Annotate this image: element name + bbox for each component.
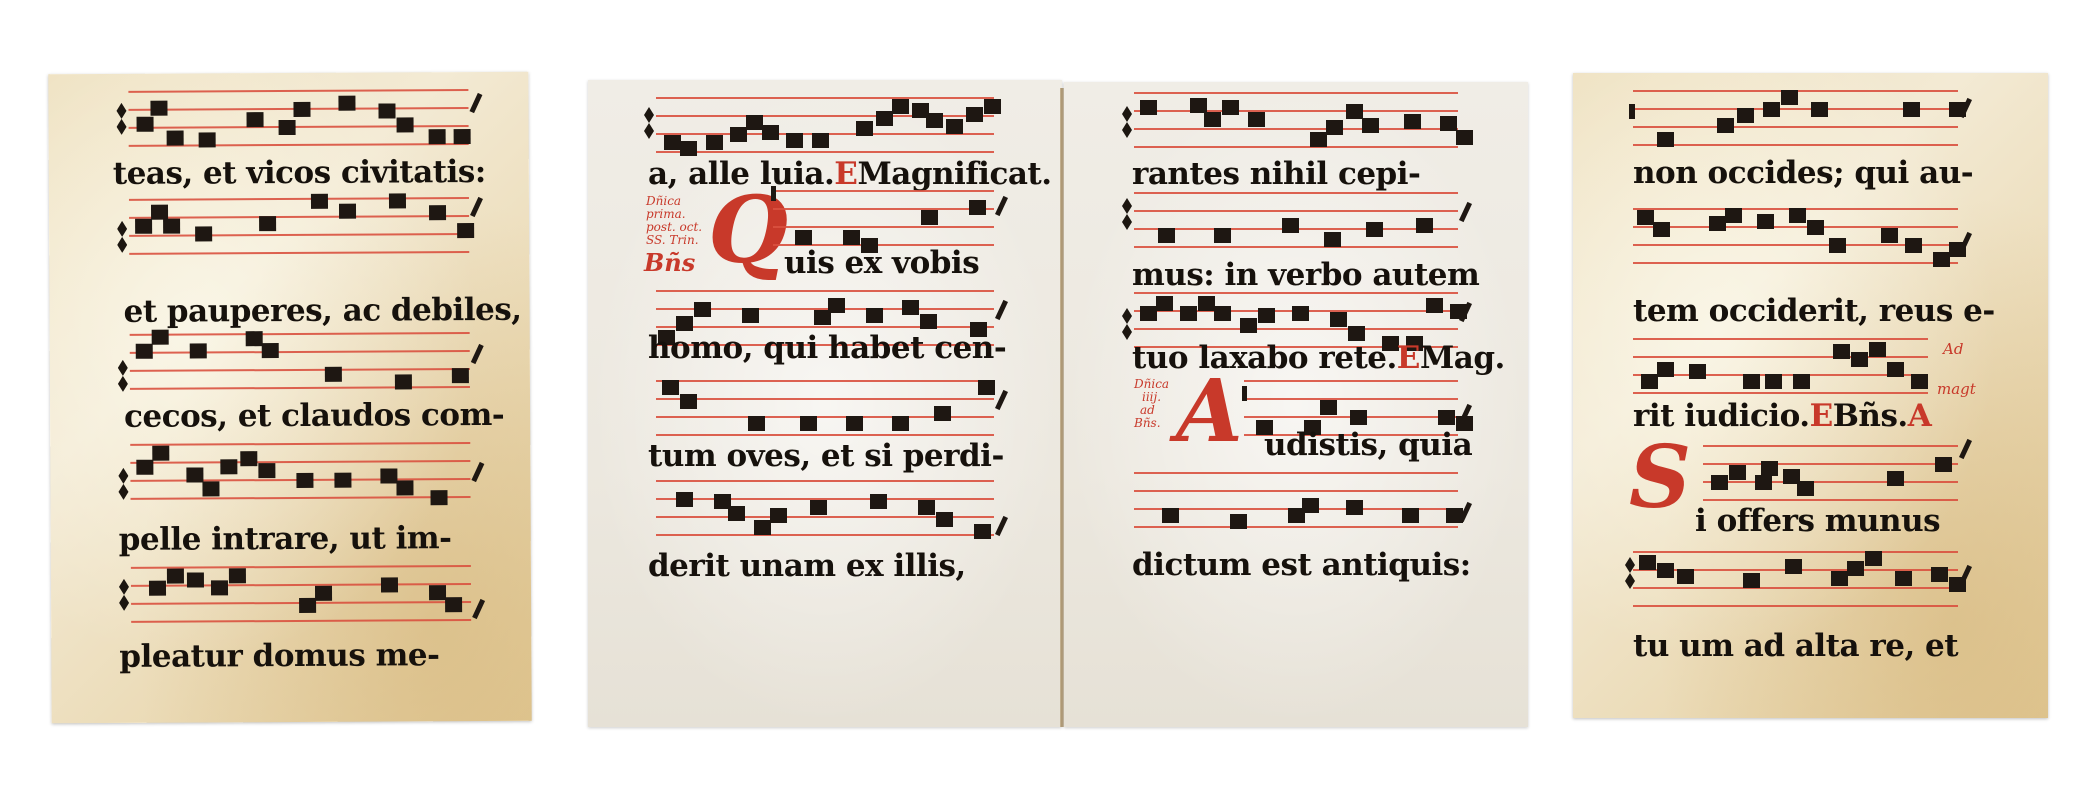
rubric-letter: E [834,156,857,192]
staff [130,442,470,498]
lyric-line: udistis, quia [1264,427,1472,463]
rubric-letter: E [1810,398,1833,434]
staff [1633,90,1958,144]
staff [1134,192,1458,246]
lyric-line: derit unam ex illis, [648,548,966,584]
manuscript-leaf-3: rantes nihil cepi- mus: in verbo autem t… [1064,82,1528,727]
lyric-line: non occides; qui au- [1633,155,1973,191]
staff [129,197,469,253]
decorated-initial-a: A [1176,362,1243,462]
rubric-note: Dñica prima. post. oct. SS. Trin. [646,195,702,247]
lyric-line: rantes nihil cepi- [1132,156,1420,192]
rubric-letter: A [1908,398,1932,434]
margin-note: Ad [1943,343,1963,356]
staff [1633,551,1958,605]
staff [773,190,994,244]
decorated-initial-s: S [1629,428,1691,528]
rubric-note: Dñica iiij. ad Bñs. [1134,378,1169,430]
staff [131,565,471,621]
margin-note: magt [1937,383,1976,396]
staff [1134,292,1458,346]
staff [128,89,468,145]
lyric-line: uis ex vobis [784,245,979,281]
staff [656,380,994,434]
staff [1633,338,1928,392]
lyric-line: et pauperes, ac debiles, [123,292,521,330]
lyric-line: tem occiderit, reus e- [1633,293,1995,329]
rubric-letter: E [1397,340,1420,376]
staff [1134,472,1458,526]
manuscript-leaf-4: non occides; qui au- tem occiderit, reus… [1573,73,2048,718]
staff [1703,445,1958,499]
manuscript-leaf-2: a, alle luia.EMagnificat. Dñica prima. p… [588,80,1062,727]
lyric-line: pelle intrare, ut im- [119,520,452,558]
lyric-line: tum oves, et si perdi- [648,438,1004,474]
staff [656,480,994,534]
lyric-line: tu um ad alta re, et [1633,628,1958,664]
staff [656,97,994,151]
lyric-line: pleatur domus me- [119,637,439,675]
lyric-line: mus: in verbo autem [1132,257,1479,293]
staff [1633,208,1958,262]
staff [130,332,470,388]
lyric-line: dictum est antiquis: [1132,547,1471,583]
manuscript-leaf-1: teas, et vicos civitatis: et pauperes, a… [48,72,531,724]
lyric-line: teas, et vicos civitatis: [113,154,486,192]
lyric-line: cecos, et claudos com- [124,397,504,435]
staff [1134,92,1458,146]
rubric-label: Bñs [644,248,695,277]
staff [1244,380,1458,434]
lyric-line: i offers munus [1695,503,1940,539]
lyric-line: homo, qui habet cen- [648,330,1006,366]
